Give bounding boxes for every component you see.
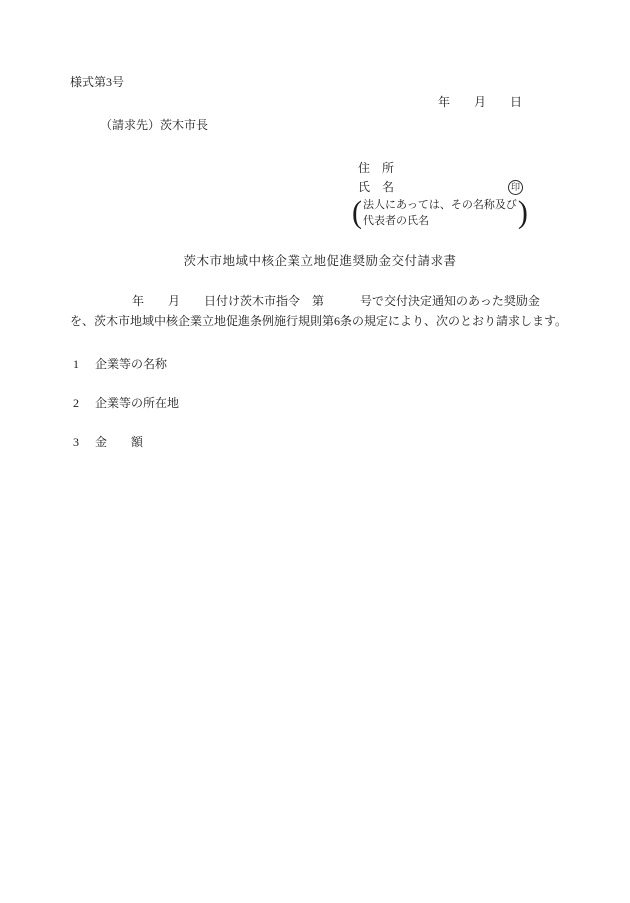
list-item-amount: 3 金 額 <box>70 435 570 449</box>
name-label: 氏 名 <box>358 178 394 197</box>
note-close-paren: ) <box>518 196 528 230</box>
date-blank-line: 年 月 日 <box>70 95 570 109</box>
corporate-note: ( 法人にあっては、その名称及び 代表者の氏名 ) <box>352 197 534 229</box>
body-line-2: を、茨木市地域中核企業立地促進条例施行規則第6条の規定により、次のとおり請求しま… <box>70 311 570 331</box>
recipient-line: （請求先）茨木市長 <box>70 118 570 132</box>
name-line: 氏 名 印 <box>358 178 523 197</box>
item-label: 金 額 <box>95 435 143 449</box>
document-page: 様式第3号 年 月 日 （請求先）茨木市長 住 所 氏 名 印 ( 法人にあって… <box>0 0 630 903</box>
item-number: 3 <box>73 435 95 449</box>
body-line-1: 年 月 日付け茨木市指令 第 号で交付決定通知のあった奨励金 <box>70 291 570 311</box>
list-item-company-name: 1 企業等の名称 <box>70 357 570 371</box>
item-label: 企業等の所在地 <box>95 396 179 410</box>
corporate-note-line2: 代表者の氏名 <box>363 213 517 229</box>
list-item-company-address: 2 企業等の所在地 <box>70 396 570 410</box>
corporate-note-text: 法人にあっては、その名称及び 代表者の氏名 <box>362 197 518 229</box>
item-number: 2 <box>73 396 95 410</box>
seal-stamp-icon: 印 <box>508 180 523 195</box>
item-number: 1 <box>73 357 95 371</box>
corporate-note-line1: 法人にあっては、その名称及び <box>363 197 517 213</box>
note-open-paren: ( <box>352 196 362 230</box>
item-list: 1 企業等の名称 2 企業等の所在地 3 金 額 <box>70 357 570 449</box>
address-label: 住 所 <box>358 159 534 178</box>
item-label: 企業等の名称 <box>95 357 167 371</box>
form-number: 様式第3号 <box>70 75 570 89</box>
applicant-block: 住 所 氏 名 印 ( 法人にあっては、その名称及び 代表者の氏名 ) <box>358 159 534 229</box>
document-title: 茨木市地域中核企業立地促進奨励金交付請求書 <box>70 254 570 268</box>
body-paragraph: 年 月 日付け茨木市指令 第 号で交付決定通知のあった奨励金 を、茨木市地域中核… <box>70 291 570 331</box>
